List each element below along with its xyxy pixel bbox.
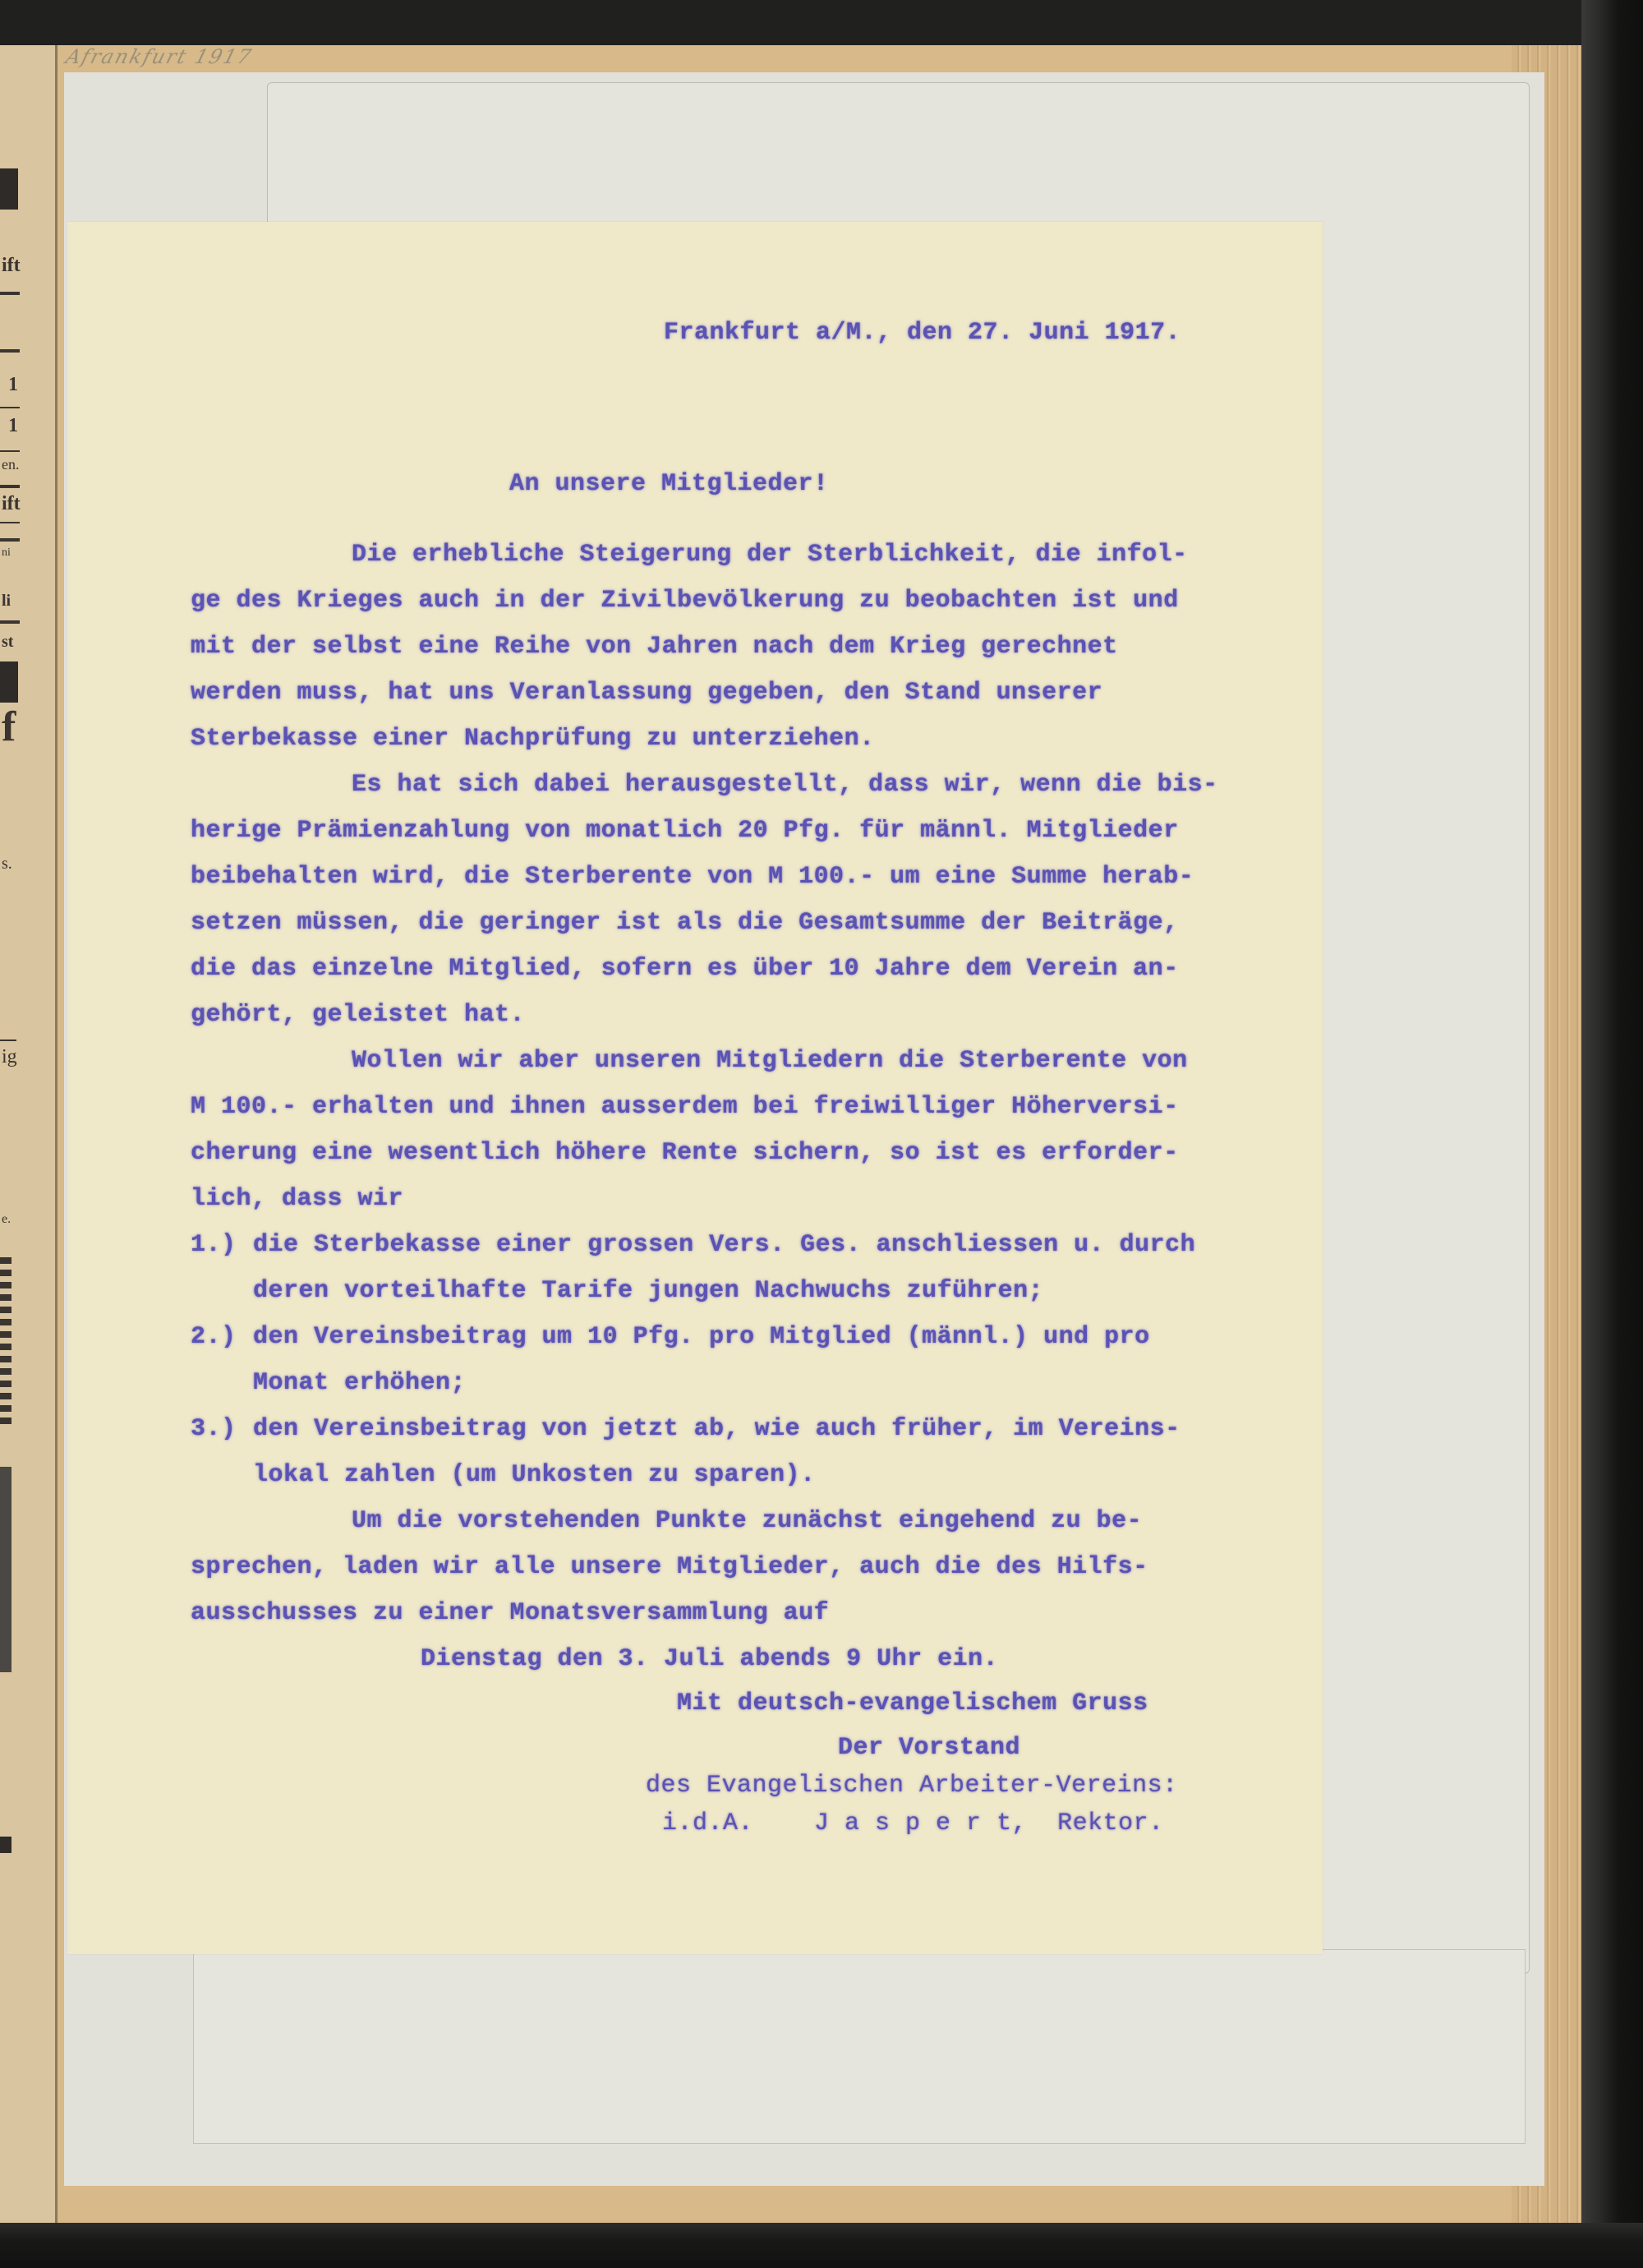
print-block bbox=[0, 168, 18, 210]
rule bbox=[0, 292, 20, 295]
fragment: st bbox=[2, 633, 13, 652]
body-line: Sterbekasse einer Nachprüfung zu unterzi… bbox=[191, 725, 875, 753]
fragment: ni bbox=[2, 546, 11, 560]
list-marker: 3.) bbox=[191, 1415, 237, 1443]
rule bbox=[0, 538, 20, 542]
list-line: die Sterbekasse einer grossen Vers. Ges.… bbox=[253, 1231, 1195, 1259]
body-line: Wollen wir aber unseren Mitgliedern die … bbox=[352, 1047, 1188, 1075]
fragment: 1 bbox=[8, 415, 18, 437]
signature-board: Der Vorstand bbox=[838, 1734, 1020, 1762]
book-cover-bottom bbox=[0, 2223, 1643, 2268]
closing-line: Um die vorstehenden Punkte zunächst eing… bbox=[352, 1507, 1142, 1535]
body-line: setzen müssen, die geringer ist als die … bbox=[191, 909, 1179, 937]
book-cover-top bbox=[0, 0, 1643, 45]
body-line: Es hat sich dabei herausgestellt, dass w… bbox=[352, 771, 1218, 799]
body-line: Die erhebliche Steigerung der Sterblichk… bbox=[352, 541, 1188, 569]
rule bbox=[0, 349, 20, 353]
print-block bbox=[0, 1467, 12, 1672]
meeting-line: Dienstag den 3. Juli abends 9 Uhr ein. bbox=[421, 1645, 998, 1673]
dateline: Frankfurt a/M., den 27. Juni 1917. bbox=[664, 319, 1180, 347]
lower-backing-card bbox=[193, 1949, 1526, 2144]
dotted-leader bbox=[0, 1257, 12, 1430]
rule bbox=[0, 450, 20, 452]
rule bbox=[0, 522, 20, 523]
fragment: li bbox=[2, 592, 11, 611]
fragment: s. bbox=[2, 855, 12, 874]
list-marker: 1.) bbox=[191, 1231, 237, 1259]
body-line: die das einzelne Mitglied, sofern es übe… bbox=[191, 955, 1179, 983]
fragment: ift bbox=[2, 255, 21, 277]
print-block bbox=[0, 661, 18, 703]
fragment: e. bbox=[2, 1212, 11, 1227]
list-line: den Vereinsbeitrag um 10 Pfg. pro Mitgli… bbox=[253, 1323, 1150, 1351]
list-marker: 2.) bbox=[191, 1323, 237, 1351]
previous-page-strip: ift 1 1 en. ift ni li st f s. ig e. bbox=[0, 45, 58, 2223]
body-line: gehört, geleistet hat. bbox=[191, 1001, 525, 1029]
body-line: herige Prämienzahlung von monatlich 20 P… bbox=[191, 817, 1179, 845]
fragment: en. bbox=[2, 456, 20, 473]
fragment: f bbox=[2, 703, 16, 751]
fragment: 1 bbox=[8, 374, 18, 396]
signature-organization: des Evangelischen Arbeiter-Vereins: bbox=[646, 1772, 1178, 1800]
closing-line: sprechen, laden wir alle unsere Mitglied… bbox=[191, 1553, 1148, 1581]
list-line: lokal zahlen (um Unkosten zu sparen). bbox=[253, 1461, 816, 1489]
closing-line: ausschusses zu einer Monatsversammlung a… bbox=[191, 1599, 829, 1627]
list-line: deren vorteilhafte Tarife jungen Nachwuc… bbox=[253, 1277, 1043, 1305]
body-line: lich, dass wir bbox=[191, 1185, 403, 1213]
list-line: den Vereinsbeitrag von jetzt ab, wie auc… bbox=[253, 1415, 1180, 1443]
rule bbox=[0, 407, 20, 408]
body-line: werden muss, hat uns Veranlassung gegebe… bbox=[191, 679, 1102, 707]
body-line: mit der selbst eine Reihe von Jahren nac… bbox=[191, 633, 1118, 661]
book-cover-edge bbox=[1581, 0, 1643, 2268]
body-line: beibehalten wird, die Sterberente von M … bbox=[191, 863, 1194, 891]
list-line: Monat erhöhen; bbox=[253, 1369, 466, 1397]
rule bbox=[0, 620, 20, 624]
greeting: Mit deutsch-evangelischem Gruss bbox=[677, 1689, 1148, 1717]
signature-signatory: i.d.A. J a s p e r t, Rektor. bbox=[662, 1809, 1164, 1837]
rule bbox=[0, 1039, 16, 1041]
body-line: M 100.- erhalten und ihnen ausserdem bei… bbox=[191, 1093, 1179, 1121]
print-block bbox=[0, 1837, 12, 1853]
body-line: ge des Krieges auch in der Zivilbevölker… bbox=[191, 587, 1179, 615]
rule bbox=[0, 485, 20, 488]
pencil-annotation: Afrankfurt 1917 bbox=[62, 45, 340, 74]
fragment: ig bbox=[2, 1046, 17, 1068]
fragment: ift bbox=[2, 493, 21, 515]
salutation: An unsere Mitglieder! bbox=[509, 470, 829, 498]
body-line: cherung eine wesentlich höhere Rente sic… bbox=[191, 1139, 1179, 1167]
